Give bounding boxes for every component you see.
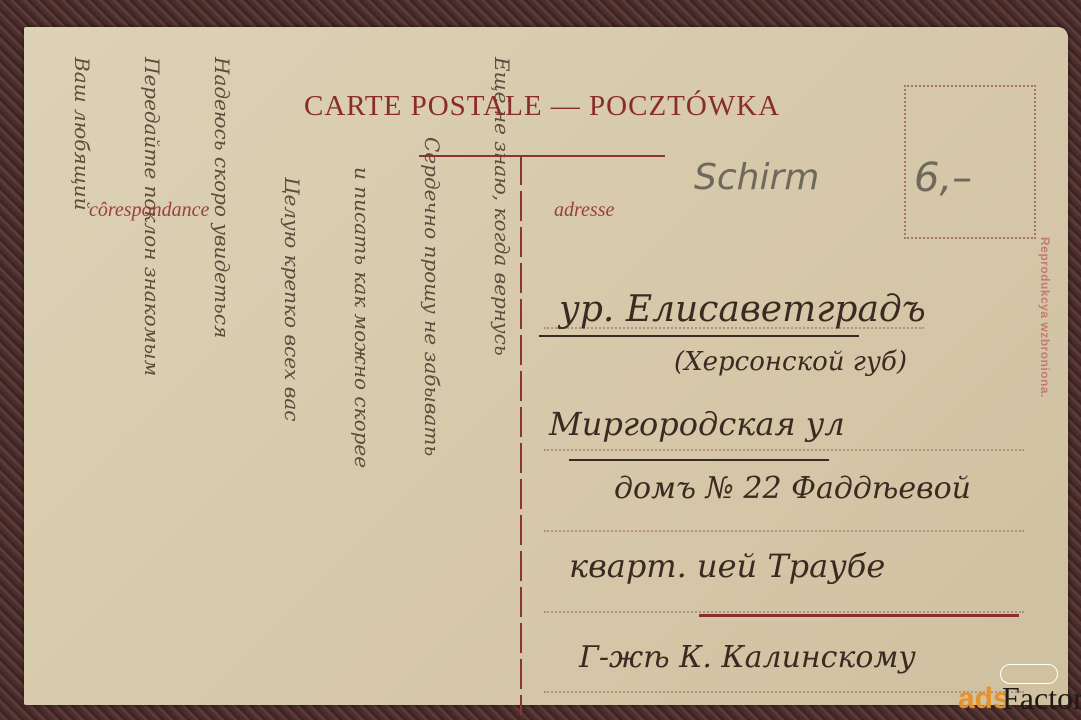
watermark-logo: ads Factory: [958, 662, 1081, 720]
pencil-price: 6,–: [914, 155, 972, 201]
watermark-factory: Factory: [1002, 680, 1081, 717]
handwriting-line: Сердечно прошу не забывать: [420, 137, 444, 456]
correspondence-label: côrespondance: [89, 199, 209, 222]
address-dotted-line: [544, 611, 1024, 613]
address-dotted-line: [544, 449, 1024, 451]
handwriting-line: и писать как можно скорее: [350, 167, 374, 468]
vertical-notice: Reprodukcya wzbroniona.: [1036, 237, 1056, 487]
address-label: adresse: [554, 199, 614, 222]
correspondence-handwriting: Ещё не знаю, когда вернусь Сердечно прош…: [44, 47, 544, 697]
pencil-note: Schirm: [694, 157, 819, 198]
stamp-box: 6,–: [904, 85, 1036, 239]
red-underline: [699, 614, 1019, 617]
address-line-apartment: кварт. ией Траубе: [569, 547, 885, 585]
address-line-province: (Херсонской губ): [674, 347, 907, 377]
vertical-notice-text: Reprodukcya wzbroniona.: [1038, 237, 1052, 398]
address-line-city: ур. Елисаветградъ: [559, 289, 926, 330]
handwriting-line: Надеюсь скоро увидеться: [210, 57, 234, 338]
street-underline: [569, 459, 829, 461]
handwriting-line: Ваш любящий: [70, 57, 94, 211]
city-underline: [539, 335, 859, 337]
address-dotted-line: [544, 530, 1024, 532]
address-line-house: домъ № 22 Фаддѣевой: [614, 471, 971, 506]
address-line-street: Миргородская ул: [549, 405, 845, 443]
postcard-heading: CARTE POSTALE — POCZTÓWKA: [304, 90, 780, 123]
divider-horizontal: [419, 155, 665, 157]
divider-vertical: [520, 155, 522, 715]
postcard-back: Ещё не знаю, когда вернусь Сердечно прош…: [24, 27, 1068, 705]
address-line-recipient: Г-жѣ К. Калинскому: [579, 640, 916, 675]
address-dotted-line: [544, 691, 1024, 693]
handwriting-line: Целую крепко всех вас: [280, 177, 304, 421]
